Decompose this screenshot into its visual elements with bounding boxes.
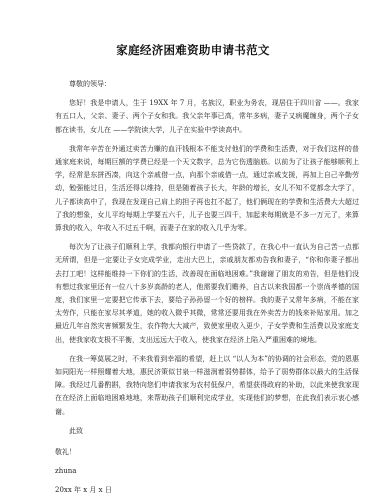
paragraph-3: 每次为了让孩子们顺利上学，我都向银行申请了一些贷款了，在我心中一直认为自己苦一点… [55,241,359,347]
document-page: 家庭经济困难资助申请书范文 尊敬的领导： 您好！我是申请人，生于 19XX 年 … [0,0,386,500]
paragraph-2: 我常年辛苦在外通过卖苦力赚的血汗钱根本不能支付他们的学费和生活费，对于我们这样的… [55,143,359,235]
paragraph-4: 在我一筹莫展之时，不来我看到幸福的希望，赶上以 “以人为本”的协调的社会形态，党… [55,353,359,419]
date: 20xx 年 x 月 x 日 [55,484,359,497]
signature: zhuna [55,465,359,478]
paragraph-1: 您好！我是申请人，生于 19XX 年 7 月，名族汉，职业为务农，现居住于四川省… [55,97,359,137]
salutation: 尊敬的领导： [69,78,359,91]
closing-line-2: 敬礼！ [55,446,359,459]
document-title: 家庭经济困难资助申请书范文 [0,42,386,58]
closing-line-1: 此致 [69,425,359,438]
document-body: 尊敬的领导： 您好！我是申请人，生于 19XX 年 7 月，名族汉，职业为务农，… [55,78,359,498]
